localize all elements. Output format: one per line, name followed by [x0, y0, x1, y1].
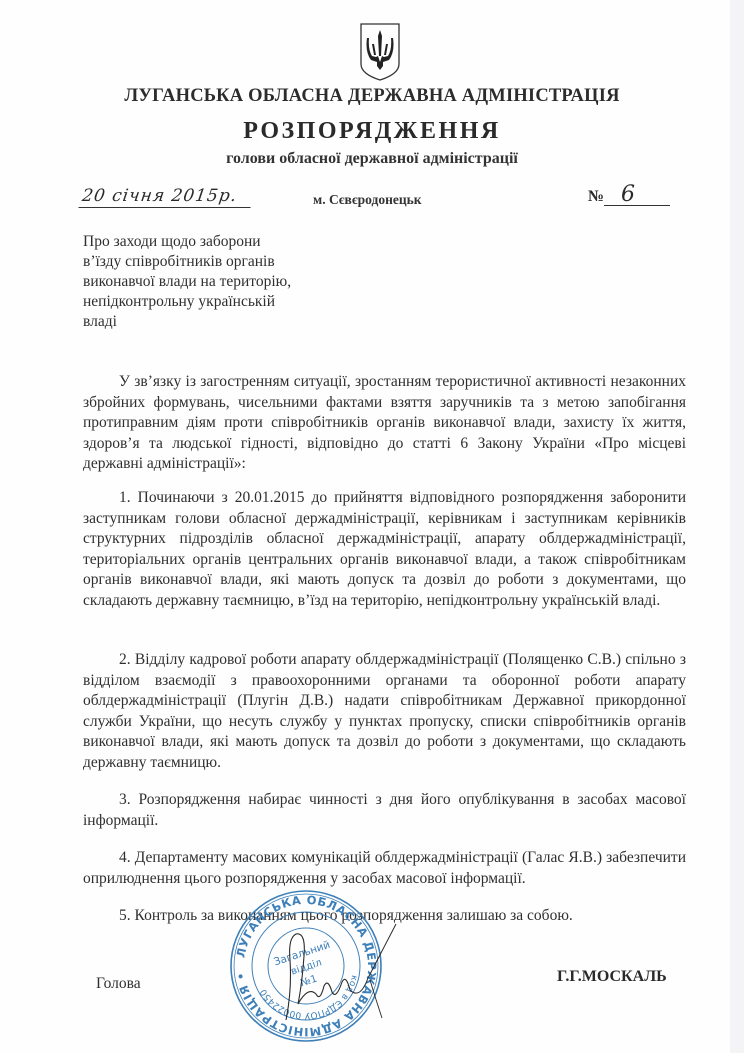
preamble-paragraph: У зв’язку із загостренням ситуації, зрос… — [83, 372, 686, 475]
order-item-4: 4. Департаменту масових комунікацій облд… — [83, 848, 686, 889]
handwritten-date: 20 січня 2015р. — [78, 186, 253, 208]
handwritten-signature — [250, 920, 400, 1030]
number-underline — [604, 205, 670, 206]
subject-line: владі — [83, 312, 343, 332]
order-item-2: 2. Відділу кадрової роботи апарату облде… — [83, 650, 686, 774]
subject-line: Про заходи щодо заборони — [83, 232, 343, 252]
order-item-3: 3. Розпорядження набирає чинності з дня … — [83, 790, 686, 831]
number-label: № — [588, 188, 604, 206]
trident-coat-of-arms-icon — [359, 22, 401, 82]
document-subtitle: голови обласної державної адміністрації — [0, 150, 744, 168]
order-item-1: 1. Починаючи з 20.01.2015 до прийняття в… — [83, 488, 686, 612]
subject-line: в’їзду співробітників органів — [83, 252, 343, 272]
signatory-role: Голова — [96, 975, 141, 993]
document-page: ЛУГАНСЬКА ОБЛАСНА ДЕРЖАВНА АДМІНІСТРАЦІЯ… — [0, 0, 730, 1053]
scan-edge — [730, 0, 744, 1053]
subject-block: Про заходи щодо заборони в’їзду співробі… — [83, 232, 343, 332]
signatory-name: Г.Г.МОСКАЛЬ — [557, 968, 667, 986]
subject-line: виконавчої влади на територію, — [83, 272, 343, 292]
organization-title: ЛУГАНСЬКА ОБЛАСНА ДЕРЖАВНА АДМІНІСТРАЦІЯ — [0, 86, 744, 107]
handwritten-number: 6 — [621, 182, 635, 207]
document-type-heading: РОЗПОРЯДЖЕННЯ — [0, 118, 744, 145]
city-label: м. Сєвєродонецьк — [313, 192, 422, 208]
subject-line: непідконтрольну українській — [83, 292, 343, 312]
